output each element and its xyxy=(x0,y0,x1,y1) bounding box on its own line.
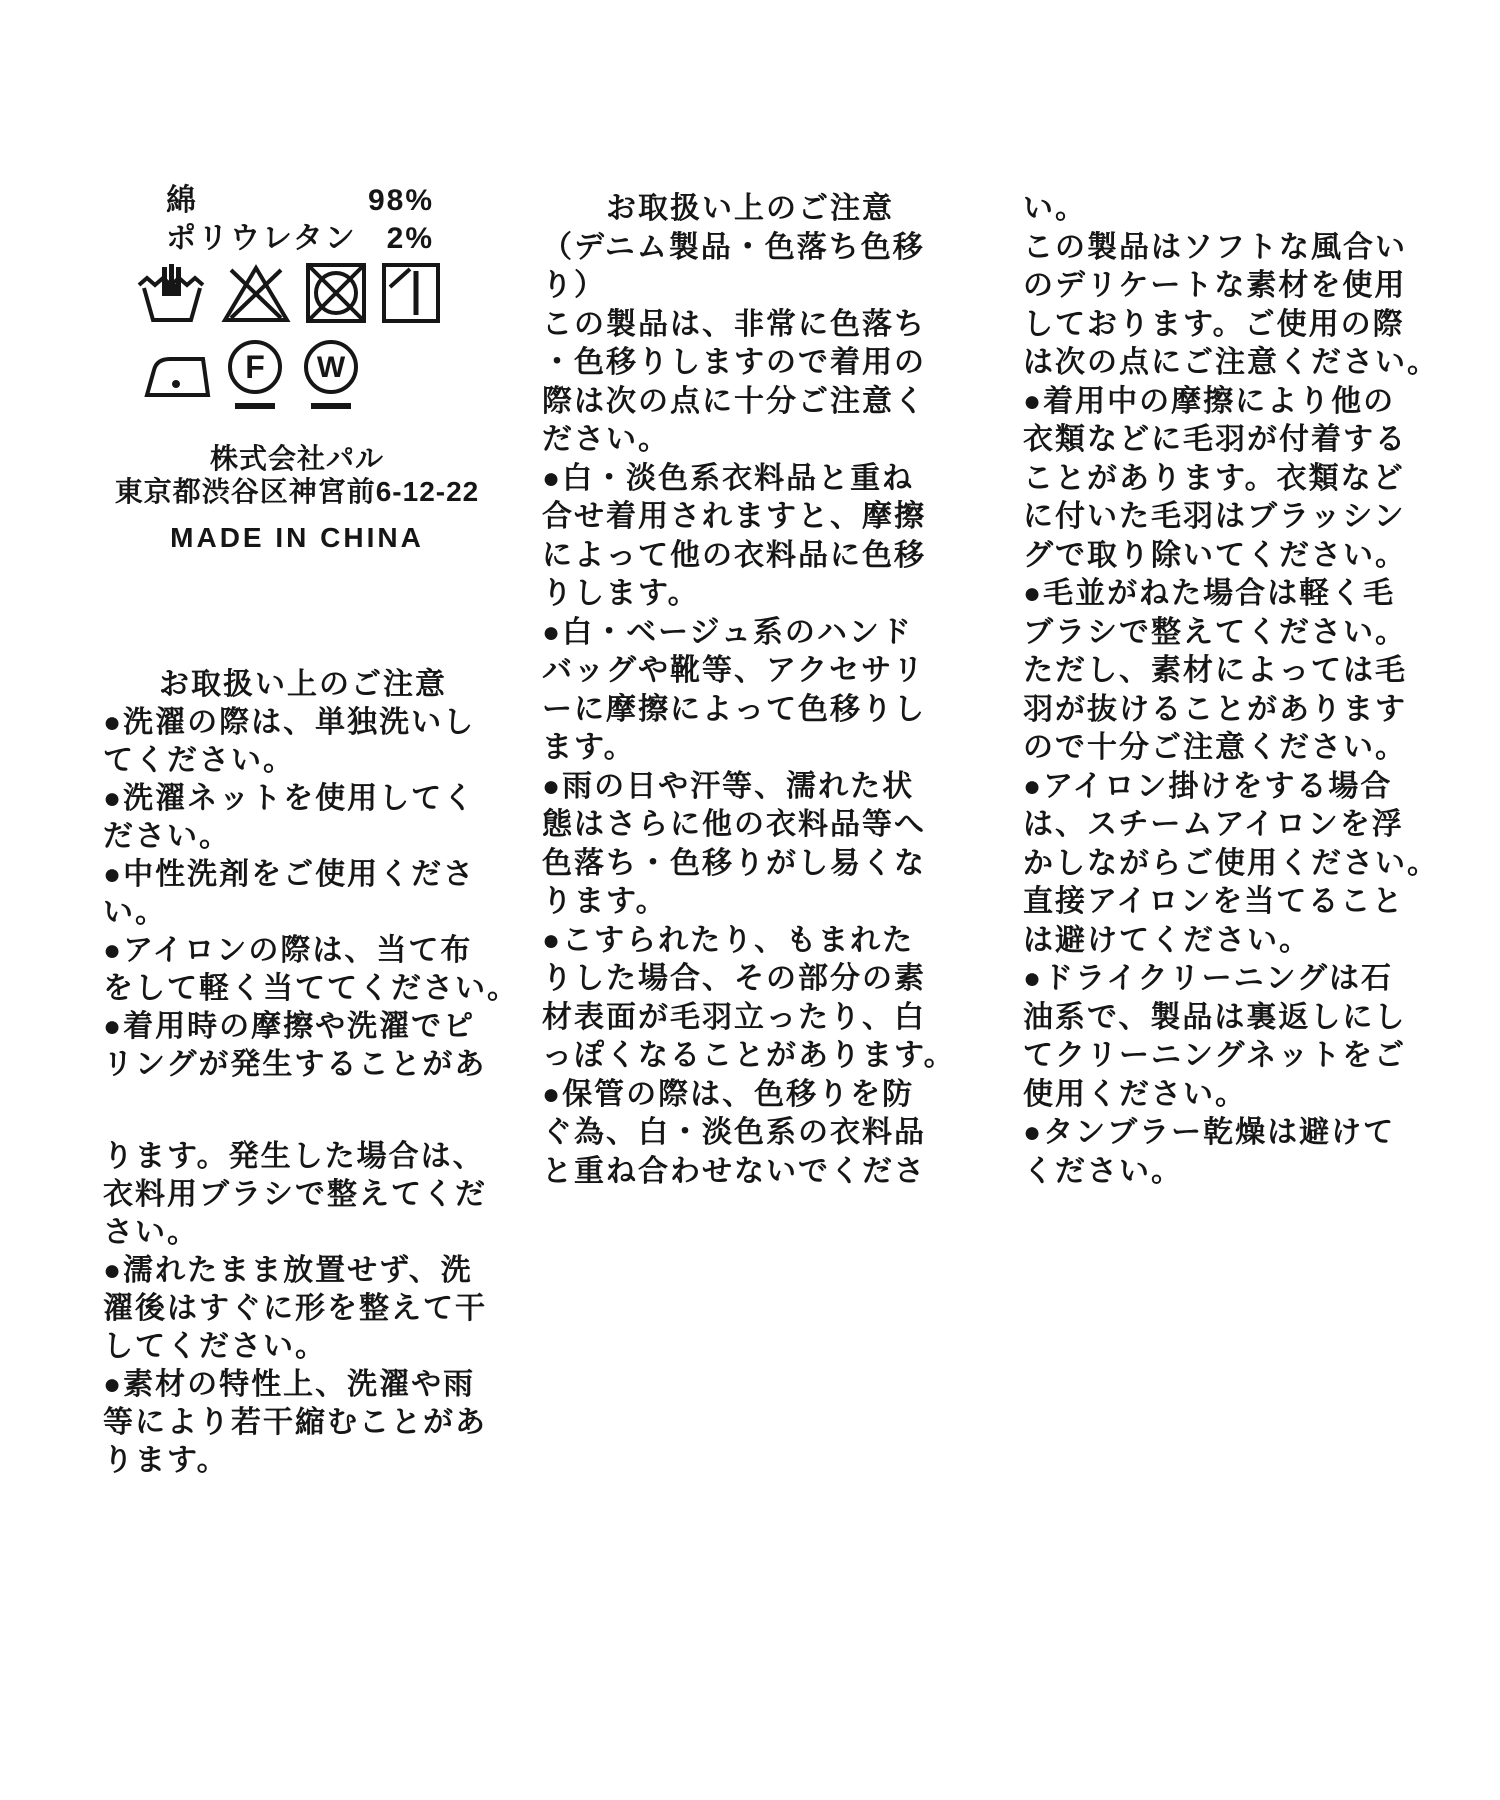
text-line: り） xyxy=(542,267,952,306)
care-symbols-row-2: FW xyxy=(142,338,364,412)
text-line: さい。 xyxy=(103,1214,503,1252)
text-line: 際は次の点に十分ご注意く xyxy=(542,383,952,422)
material-percent: 98% xyxy=(368,182,434,220)
manufacturer-block: 株式会社パル 東京都渋谷区神宮前6-12-22 MADE IN CHINA xyxy=(103,442,491,554)
care-notes-general: お取扱い上のご注意 ●洗濯の際は、単独洗いしてください。●洗濯ネットを使用してく… xyxy=(103,666,503,1084)
text-line: 直接アイロンを当てること xyxy=(1023,883,1453,922)
text-line: （デニム製品・色落ち色移 xyxy=(542,229,952,268)
iron-low-icon xyxy=(142,338,212,410)
text-line: 材表面が毛羽立ったり、白 xyxy=(542,999,952,1038)
text-line: ブラシで整えてください。 xyxy=(1023,614,1453,653)
text-line: ●中性洗剤をご使用くださ xyxy=(103,856,503,894)
text-line: ●雨の日や汗等、濡れた状 xyxy=(542,768,952,807)
text-line: グで取り除いてください。 xyxy=(1023,537,1453,576)
text-line: てクリーニングネットをご xyxy=(1023,1037,1453,1076)
text-line: のデリケートな素材を使用 xyxy=(1023,267,1453,306)
text-line: ことがあります。衣類など xyxy=(1023,460,1453,499)
care-label-page: 綿 98% ポリウレタン 2% FW 株式会社パル 東京都渋谷区神宮前6-12-… xyxy=(0,0,1500,1800)
text-line: ます。 xyxy=(542,729,952,768)
text-line: ●アイロンの際は、当て布 xyxy=(103,932,503,970)
text-line: 衣料用ブラシで整えてくだ xyxy=(103,1176,503,1214)
company-address: 東京都渋谷区神宮前6-12-22 xyxy=(103,475,491,508)
material-percent: 2% xyxy=(387,220,434,258)
text-line: に付いた毛羽はブラッシン xyxy=(1023,498,1453,537)
text-line: リングが発生することがあ xyxy=(103,1046,503,1084)
company-name: 株式会社パル xyxy=(103,442,491,475)
text-line: ●毛並がねた場合は軽く毛 xyxy=(1023,575,1453,614)
text-line: っぽくなることがあります。 xyxy=(542,1037,952,1076)
text-line: ので十分ご注意ください。 xyxy=(1023,729,1453,768)
text-line: ●洗濯の際は、単独洗いし xyxy=(103,704,503,742)
text-line: 使用ください。 xyxy=(1023,1076,1453,1115)
dry-clean-petroleum-icon: F xyxy=(226,338,284,412)
text-line: かしながらご使用ください。 xyxy=(1023,845,1453,884)
text-line: ●白・ベージュ系のハンド xyxy=(542,614,952,653)
text-line: ・色移りしますので着用の xyxy=(542,344,952,383)
svg-text:F: F xyxy=(245,349,265,385)
text-line: してください。 xyxy=(103,1328,503,1366)
text-line: りした場合、その部分の素 xyxy=(542,960,952,999)
text-line: ●濡れたまま放置せず、洗 xyxy=(103,1252,503,1290)
text-line: ●アイロン掛けをする場合 xyxy=(1023,768,1453,807)
care-notes-general-lines: ●洗濯の際は、単独洗いしてください。●洗濯ネットを使用してください。●中性洗剤を… xyxy=(103,704,503,1084)
text-line: しております。ご使用の際 xyxy=(1023,306,1453,345)
text-line: 色落ち・色移りがし易くな xyxy=(542,845,952,884)
text-line: ●ドライクリーニングは石 xyxy=(1023,960,1453,999)
text-line: ●こすられたり、もまれた xyxy=(542,922,952,961)
text-line: 態はさらに他の衣料品等へ xyxy=(542,806,952,845)
text-line: ●洗濯ネットを使用してく xyxy=(103,780,503,818)
svg-text:W: W xyxy=(317,351,346,384)
text-line: ただし、素材によっては毛 xyxy=(1023,652,1453,691)
wet-clean-gentle-icon: W xyxy=(298,338,364,412)
text-line: ぐ為、白・淡色系の衣料品 xyxy=(542,1114,952,1153)
text-line: ●タンブラー乾燥は避けて xyxy=(1023,1114,1453,1153)
text-line: は、スチームアイロンを浮 xyxy=(1023,806,1453,845)
material-name: 綿 xyxy=(166,182,198,220)
text-line: ●着用中の摩擦により他の xyxy=(1023,383,1453,422)
care-notes-general-continued: ります。発生した場合は、衣料用ブラシで整えてください。●濡れたまま放置せず、洗濯… xyxy=(103,1138,503,1480)
hand-wash-icon xyxy=(136,262,208,324)
text-line: によって他の衣料品に色移 xyxy=(542,537,952,576)
text-line: この製品はソフトな風合い xyxy=(1023,229,1453,268)
text-line: は次の点にご注意ください。 xyxy=(1023,344,1453,383)
composition-row: ポリウレタン 2% xyxy=(166,220,434,258)
text-line: をして軽く当ててください。 xyxy=(103,970,503,1008)
text-line: ●保管の際は、色移りを防 xyxy=(542,1076,952,1115)
text-line: バッグや靴等、アクセサリ xyxy=(542,652,952,691)
care-notes-denim-lines: （デニム製品・色落ち色移り）この製品は、非常に色落ち・色移りしますので着用の際は… xyxy=(542,229,952,1192)
composition-row: 綿 98% xyxy=(166,182,434,220)
care-heading-general: お取扱い上のご注意 xyxy=(103,666,503,704)
text-line: ださい。 xyxy=(103,818,503,856)
text-line: ください。 xyxy=(1023,1153,1453,1192)
country-of-origin: MADE IN CHINA xyxy=(103,521,491,554)
text-line: この製品は、非常に色落ち xyxy=(542,306,952,345)
text-line: 濯後はすぐに形を整えて干 xyxy=(103,1290,503,1328)
text-line: てください。 xyxy=(103,742,503,780)
text-line: 合せ着用されますと、摩擦 xyxy=(542,498,952,537)
text-line: ださい。 xyxy=(542,421,952,460)
text-line: ります。 xyxy=(542,883,952,922)
text-line: 等により若干縮むことがあ xyxy=(103,1404,503,1442)
care-notes-delicate: い。この製品はソフトな風合いのデリケートな素材を使用しております。ご使用の際は次… xyxy=(1023,190,1453,1191)
text-line: ります。発生した場合は、 xyxy=(103,1138,503,1176)
material-name: ポリウレタン xyxy=(166,220,357,258)
text-line: ります。 xyxy=(103,1442,503,1480)
text-line: 油系で、製品は裏返しにし xyxy=(1023,999,1453,1038)
text-line: ーに摩擦によって色移りし xyxy=(542,691,952,730)
text-line: 羽が抜けることがあります xyxy=(1023,691,1453,730)
text-line: ●素材の特性上、洗濯や雨 xyxy=(103,1366,503,1404)
text-line: い。 xyxy=(1023,190,1453,229)
text-line: と重ね合わせないでくださ xyxy=(542,1153,952,1192)
no-tumble-dry-icon xyxy=(304,262,368,324)
text-line: は避けてください。 xyxy=(1023,922,1453,961)
care-heading-denim: お取扱い上のご注意 xyxy=(542,190,952,229)
text-line: ●着用時の摩擦や洗濯でピ xyxy=(103,1008,503,1046)
text-line: 衣類などに毛羽が付着する xyxy=(1023,421,1453,460)
text-line: ●白・淡色系衣料品と重ね xyxy=(542,460,952,499)
care-notes-denim: お取扱い上のご注意 （デニム製品・色落ち色移り）この製品は、非常に色落ち・色移り… xyxy=(542,190,952,1191)
shade-line-dry-icon xyxy=(381,262,441,324)
text-line: い。 xyxy=(103,894,503,932)
composition-block: 綿 98% ポリウレタン 2% xyxy=(166,182,434,258)
care-symbols-row-1 xyxy=(136,262,441,324)
text-line: りします。 xyxy=(542,575,952,614)
no-bleach-icon xyxy=(221,262,291,324)
